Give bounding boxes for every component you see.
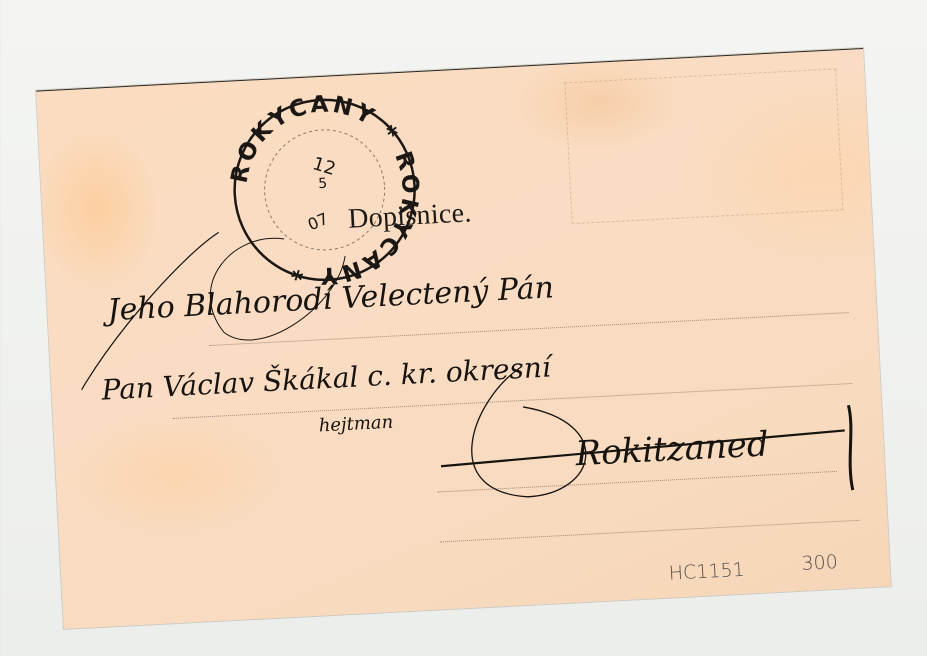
address-line-3: hejtman [318, 412, 393, 437]
address-dotted-line-4 [440, 520, 859, 543]
postmark-year: 07 [305, 209, 331, 234]
printed-title: Dopisnice. [347, 197, 472, 235]
postmark-stamp: ROKYCANY * ROKYCANY * 12 5 07 [220, 85, 430, 295]
stamp-placeholder-box [564, 68, 843, 224]
pencil-catalog-code: HC1151 [668, 559, 745, 585]
postcard: ROKYCANY * ROKYCANY * 12 5 07 Dopisnice.… [36, 48, 891, 629]
pencil-price: 300 [801, 551, 838, 575]
address-line-2: Pan Václav Škákal c. kr. okresní [101, 350, 552, 406]
postmark-month: 5 [318, 176, 328, 192]
address-line-city: Rokitzaned [575, 424, 770, 474]
